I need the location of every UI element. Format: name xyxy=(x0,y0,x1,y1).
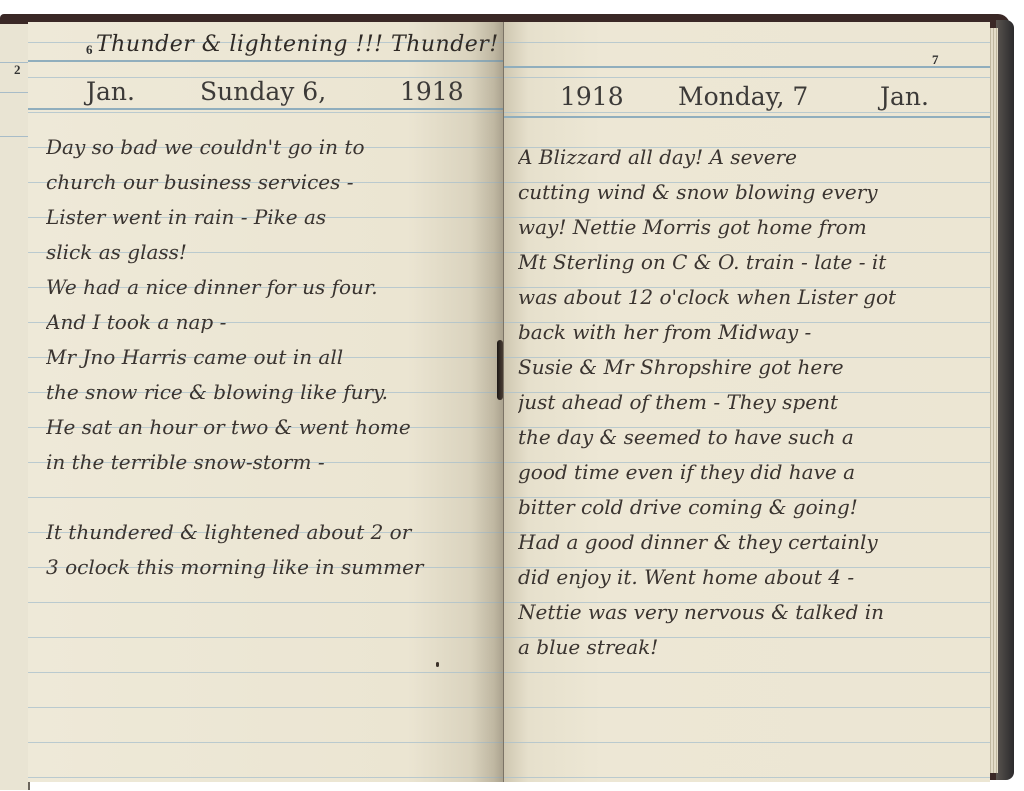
header-rule-bottom xyxy=(504,116,990,118)
right-page: 7 1918 Monday, 7 Jan. A Blizzard all day… xyxy=(503,22,990,782)
entry-line: Mt Sterling on C & O. train - late - it xyxy=(518,245,976,280)
entry-line: Susie & Mr Shropshire got here xyxy=(518,350,976,385)
page-stack-left: 2 xyxy=(0,24,30,790)
handwritten-top-note: Thunder & lightening !!! Thunder! xyxy=(96,32,499,57)
entry-line: He sat an hour or two & went home xyxy=(46,410,489,445)
date-heading: Jan. Sunday 6, 1918 xyxy=(28,75,503,111)
entry-line: a blue streak! xyxy=(518,630,976,665)
entry-line: Had a good dinner & they certainly xyxy=(518,525,976,560)
page-number: 6 xyxy=(86,42,93,58)
entry-line: the day & seemed to have such a xyxy=(518,420,976,455)
date-weekday-day: Monday, 7 xyxy=(678,82,808,111)
entry-line: A Blizzard all day! A severe xyxy=(518,140,976,175)
diary-cover-spine-edge xyxy=(996,20,1014,780)
entry-line: We had a nice dinner for us four. xyxy=(46,270,489,305)
left-page: 6 Thunder & lightening !!! Thunder! Jan.… xyxy=(28,22,503,782)
entry-line: did enjoy it. Went home about 4 - xyxy=(518,560,976,595)
entry-line: good time even if they did have a xyxy=(518,455,976,490)
entry-line: cutting wind & snow blowing every xyxy=(518,175,976,210)
entry-line: 3 oclock this morning like in summer xyxy=(46,550,489,585)
entry-line: Mr Jno Harris came out in all xyxy=(46,340,489,375)
entry-line: slick as glass! xyxy=(46,235,489,270)
entry-line: church our business services - xyxy=(46,165,489,200)
header-rule-top xyxy=(28,60,503,62)
entry-line: was about 12 o'clock when Lister got xyxy=(518,280,976,315)
entry-line: the snow rice & blowing like fury. xyxy=(46,375,489,410)
entry-line: Day so bad we couldn't go in to xyxy=(46,130,489,165)
diary-entry: A Blizzard all day! A severe cutting win… xyxy=(518,140,976,665)
entry-line: It thundered & lightened about 2 or xyxy=(46,515,489,550)
date-weekday-day: Sunday 6, xyxy=(200,77,326,106)
header-rule-top xyxy=(504,66,990,68)
binding-tear xyxy=(497,340,503,400)
entry-line: just ahead of them - They spent xyxy=(518,385,976,420)
entry-line: And I took a nap - xyxy=(46,305,489,340)
ink-speck xyxy=(436,662,439,667)
entry-line: Lister went in rain - Pike as xyxy=(46,200,489,235)
page-number: 7 xyxy=(932,52,939,68)
date-heading: 1918 Monday, 7 Jan. xyxy=(504,80,990,116)
diary-entry: Day so bad we couldn't go in to church o… xyxy=(46,130,489,585)
entry-line: bitter cold drive coming & going! xyxy=(518,490,976,525)
date-year: 1918 xyxy=(400,77,464,106)
date-month: Jan. xyxy=(880,82,929,111)
date-month: Jan. xyxy=(86,77,135,106)
entry-line: way! Nettie Morris got home from xyxy=(518,210,976,245)
underlying-page-number: 2 xyxy=(14,62,21,78)
entry-line: Nettie was very nervous & talked in xyxy=(518,595,976,630)
date-year: 1918 xyxy=(560,82,624,111)
entry-line xyxy=(46,480,489,515)
entry-line: back with her from Midway - xyxy=(518,315,976,350)
entry-line: in the terrible snow-storm - xyxy=(46,445,489,480)
